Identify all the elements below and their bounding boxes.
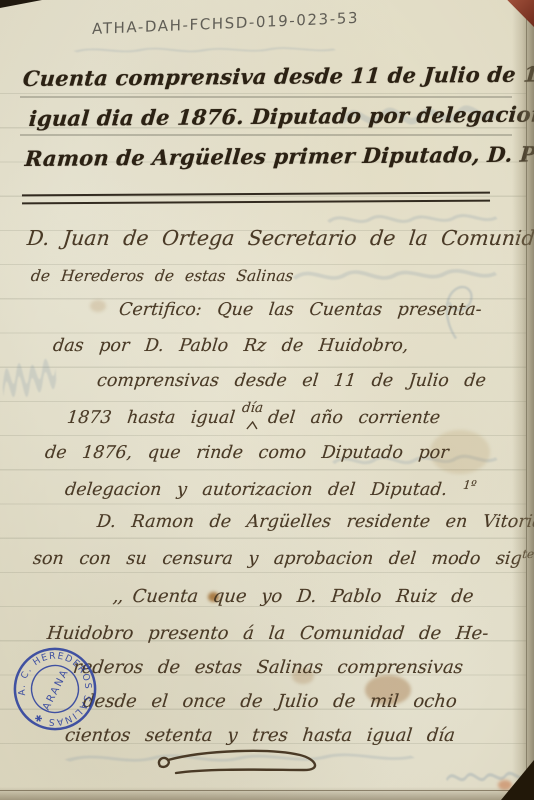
bleedthrough-mark	[70, 42, 340, 58]
account-line-2: Huidobro presento á la Comunidad de He-	[46, 623, 489, 644]
manuscript-page: ATHA-DAH-FCHSD-019-023-53 Cuenta compren…	[0, 0, 534, 800]
page-edge-bottom	[0, 787, 534, 800]
bleedthrough-mark	[2, 320, 57, 440]
opening-line-1: D. Juan de Ortega Secretario de la Comun…	[26, 226, 534, 250]
certification-line-5: de 1876, que rinde como Diputado por	[44, 443, 450, 463]
account-line-1-text: Cuenta que yo D. Pablo Ruiz de	[131, 586, 474, 607]
certification-line-4-pre: 1873 hasta igual	[66, 408, 236, 428]
certification-line-1: Certifico: Que las Cuentas presenta-	[118, 300, 483, 320]
title-line-1: Cuenta comprensiva desde 11 de Julio de …	[22, 60, 534, 91]
title-line-1-text: Cuenta comprensiva desde 11 de Julio de …	[22, 60, 534, 91]
scan-corner-bottom-right	[501, 760, 534, 800]
inserted-word: día	[241, 400, 264, 416]
bleedthrough-mark	[290, 258, 500, 292]
double-rule-divider	[22, 192, 490, 205]
certification-line-3: comprensivas desde el 11 de Julio de	[96, 371, 487, 391]
scan-corner-top-right	[505, 0, 534, 27]
certification-line-8-superscript: te	[522, 547, 534, 561]
archive-reference-code: ATHA-DAH-FCHSD-019-023-53	[92, 9, 359, 38]
account-line-4: desde el once de Julio de mil ocho	[82, 691, 458, 712]
title-line-2-text: igual dia de 1876. Diputado por delegaci…	[28, 101, 534, 131]
account-line-5: cientos setenta y tres hasta igual día	[64, 725, 456, 746]
certification-line-6-superscript: 1º	[462, 478, 477, 492]
ruled-line	[20, 134, 512, 136]
certification-line-6-text: delegacion y autorizacion del Diputad.	[64, 480, 448, 500]
account-line-1: ,,Cuenta que yo D. Pablo Ruiz de	[112, 586, 475, 607]
opening-line-2: de Herederos de estas Salinas	[30, 267, 294, 285]
closing-flourish	[150, 747, 330, 777]
certification-line-2: das por D. Pablo Rz de Huidobro,	[52, 336, 409, 356]
certification-line-7: D. Ramon de Argüelles residente en Vitor…	[96, 512, 534, 532]
paper-stain	[90, 300, 106, 312]
scan-corner-top-left	[0, 0, 42, 8]
title-line-2: igual dia de 1876. Diputado por delegaci…	[28, 101, 534, 131]
account-quote-mark: ,,	[112, 586, 124, 607]
ruled-line	[20, 96, 512, 98]
account-line-3: rederos de estas Salinas comprensivas	[72, 657, 464, 678]
stamp-center-text: ARANA	[40, 667, 71, 713]
paper-stain	[498, 780, 512, 790]
certification-line-4: 1873 hasta igualdíadel año corriente	[66, 408, 441, 428]
inserted-word-wrap: día	[240, 408, 263, 428]
certification-line-8-text: son con su censura y aprobacion del modo…	[32, 549, 523, 569]
title-line-3-text: Ramon de Argüelles primer Diputado, D. P…	[24, 140, 534, 171]
certification-line-4-post: del año corriente	[267, 408, 441, 428]
certification-line-6: delegacion y autorizacion del Diputad. 1…	[64, 478, 477, 500]
title-line-3: Ramon de Argüelles primer Diputado, D. P…	[24, 140, 534, 171]
certification-line-8: son con su censura y aprobacion del modo…	[32, 547, 534, 569]
insertion-caret-icon	[246, 421, 259, 430]
